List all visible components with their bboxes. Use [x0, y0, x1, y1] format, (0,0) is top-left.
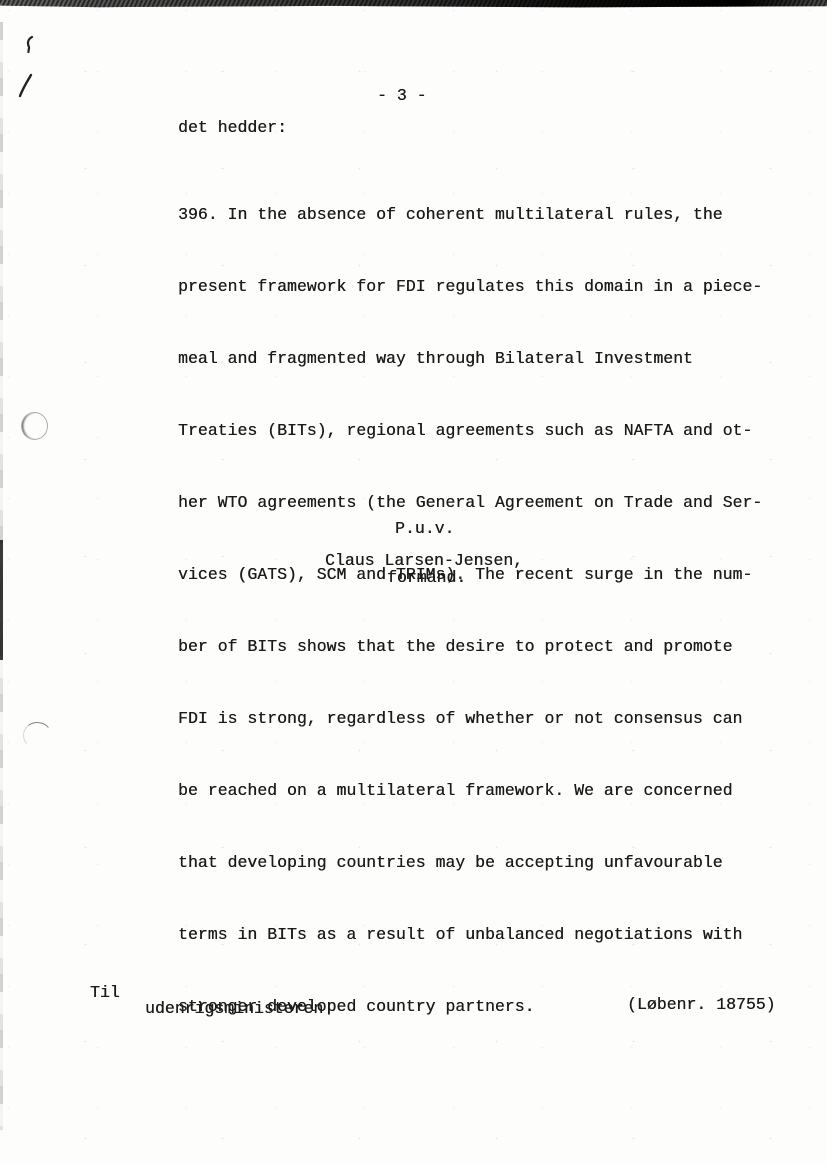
footer-to-label: Til	[90, 981, 120, 1005]
footer-recipient: udenrigsministeren	[145, 997, 323, 1021]
signature-role: formand.	[387, 566, 466, 590]
scanned-document-page: - 3 - det hedder: 396. In the absence of…	[0, 0, 827, 1163]
paragraph-line: that developing countries may be accepti…	[178, 851, 762, 875]
pen-mark-icon	[17, 73, 33, 99]
paragraph-line: present framework for FDI regulates this…	[178, 275, 762, 299]
scan-edge-artifact-left-dark-segment	[0, 540, 3, 660]
hole-punch-mark	[21, 412, 48, 440]
paragraph-line: Treaties (BITs), regional agreements suc…	[178, 419, 762, 443]
body-paragraph: 396. In the absence of coherent multilat…	[178, 155, 762, 1067]
hole-punch-mark	[22, 721, 54, 751]
intro-line: det hedder:	[178, 116, 287, 140]
scan-edge-artifact-top	[0, 0, 827, 8]
paragraph-line: terms in BITs as a result of unbalanced …	[178, 923, 762, 947]
page-number: - 3 -	[377, 84, 427, 108]
paragraph-line: be reached on a multilateral framework. …	[178, 779, 762, 803]
paragraph-line: ber of BITs shows that the desire to pro…	[178, 635, 762, 659]
paragraph-line: her WTO agreements (the General Agreemen…	[178, 491, 762, 515]
paragraph-line: 396. In the absence of coherent multilat…	[178, 203, 762, 227]
paragraph-line: meal and fragmented way through Bilatera…	[178, 347, 762, 371]
signature-on-behalf: P.u.v.	[395, 517, 454, 541]
paragraph-line: FDI is strong, regardless of whether or …	[178, 707, 762, 731]
footer-reference: (Løbenr. 18755)	[627, 993, 776, 1017]
pen-mark-icon	[21, 35, 35, 55]
